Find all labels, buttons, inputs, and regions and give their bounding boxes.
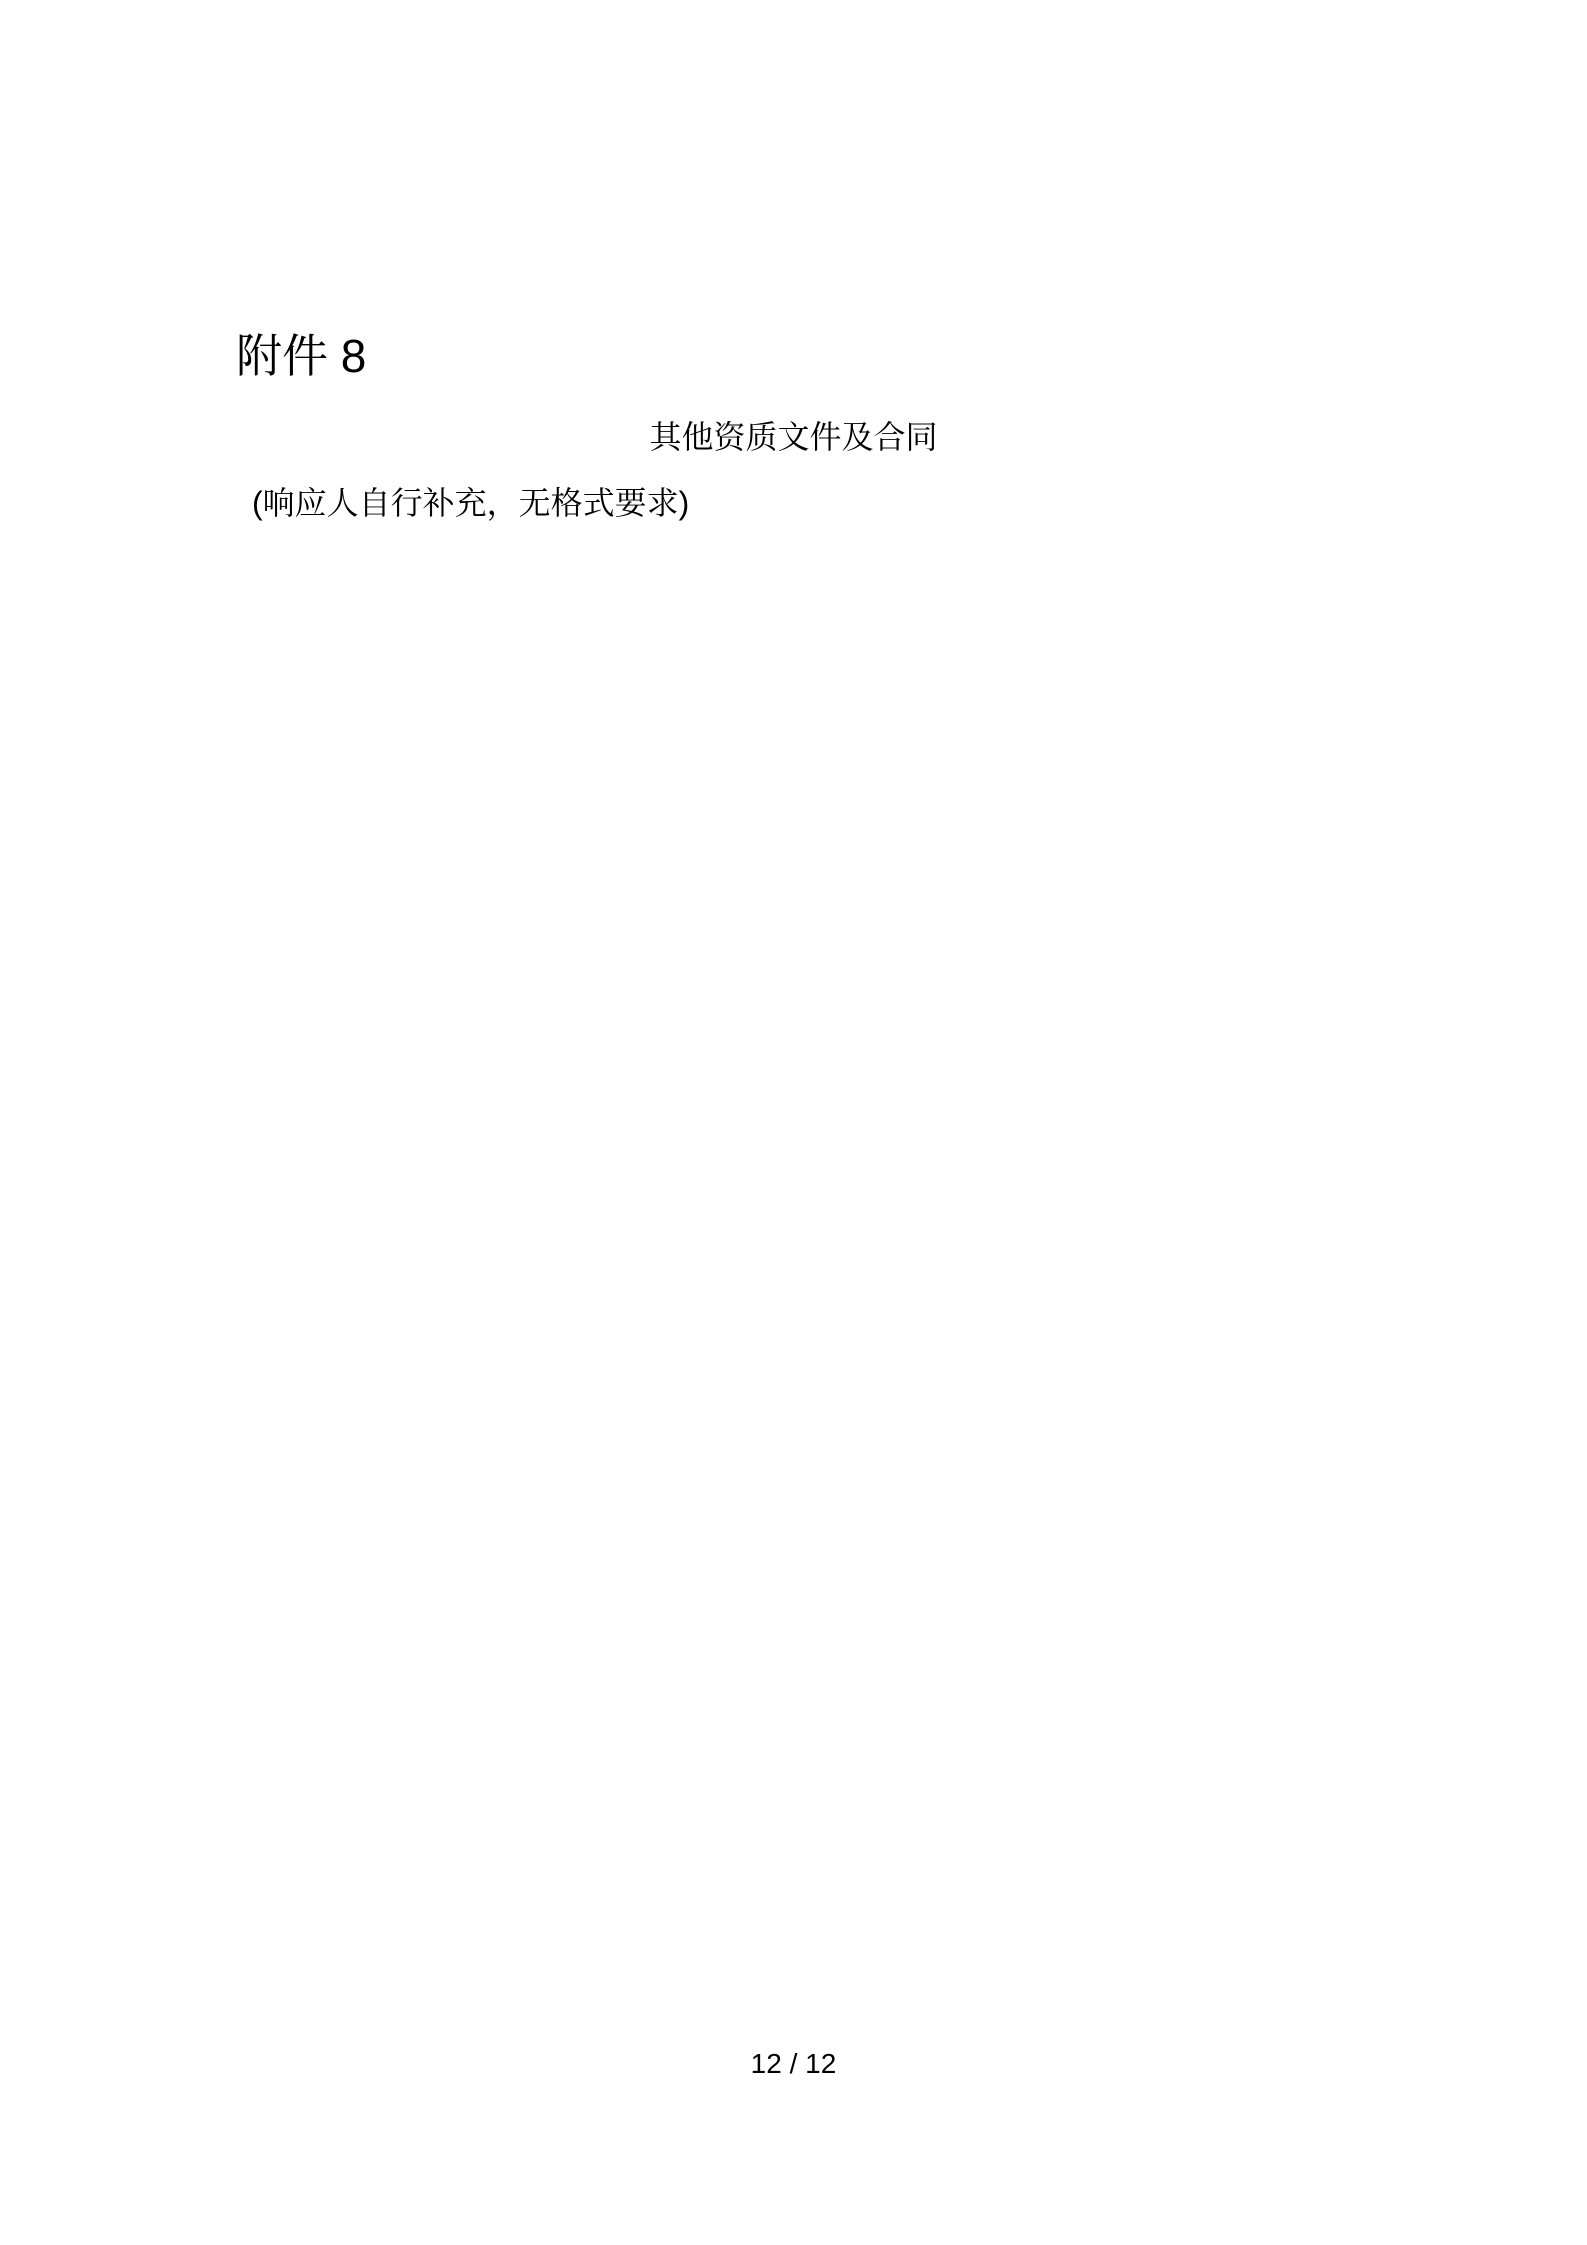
document-title: 其他资质文件及合同	[0, 417, 1587, 457]
document-page: 附件 8 其他资质文件及合同 (响应人自行补充，无格式要求) 12 / 12	[0, 0, 1587, 2245]
attachment-heading: 附件 8	[236, 330, 366, 383]
page-number: 12 / 12	[0, 2048, 1587, 2080]
document-note: (响应人自行补充，无格式要求)	[252, 483, 689, 523]
